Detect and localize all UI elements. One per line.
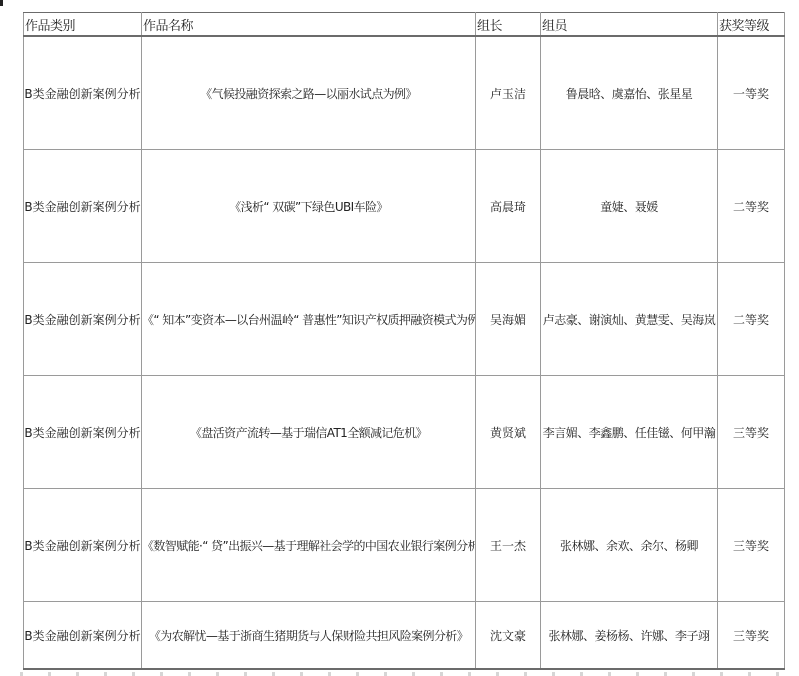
table-row: B类金融创新案例分析 《盘活资产流转—基于瑞信AT1全额减记危机》 黄贤斌 李言… — [24, 376, 785, 489]
cell-category: B类金融创新案例分析 — [24, 36, 142, 150]
cell-title: 《数智赋能·“ 贷”出振兴—基于理解社会学的中国农业银行案例分析》 — [142, 489, 476, 602]
cell-members: 张林娜、姜杨杨、许娜、李子翊 — [541, 602, 718, 670]
cell-award: 二等奖 — [718, 263, 785, 376]
cell-members: 张林娜、余欢、余尔、杨卿 — [541, 489, 718, 602]
cell-award: 二等奖 — [718, 150, 785, 263]
table-row: B类金融创新案例分析 《为农解忧—基于浙商生猪期货与人保财险共担风险案例分析》 … — [24, 602, 785, 670]
cell-category: B类金融创新案例分析 — [24, 376, 142, 489]
cell-members: 童婕、聂媛 — [541, 150, 718, 263]
awards-table: 作品类别 作品名称 组长 组员 获奖等级 B类金融创新案例分析 《气候投融资探索… — [23, 12, 785, 670]
cell-category: B类金融创新案例分析 — [24, 150, 142, 263]
cell-leader: 王一杰 — [476, 489, 541, 602]
cell-leader: 高晨琦 — [476, 150, 541, 263]
cell-title: 《“ 知本”变资本—以台州温岭“ 普惠性”知识产权质押融资模式为例》 — [142, 263, 476, 376]
cell-category: B类金融创新案例分析 — [24, 263, 142, 376]
cell-leader: 沈文豪 — [476, 602, 541, 670]
cell-leader: 卢玉洁 — [476, 36, 541, 150]
table-row: B类金融创新案例分析 《浅析“ 双碳”下绿色UBI车险》 高晨琦 童婕、聂媛 二… — [24, 150, 785, 263]
cell-leader: 吴海媚 — [476, 263, 541, 376]
cell-award: 三等奖 — [718, 376, 785, 489]
table-row: B类金融创新案例分析 《数智赋能·“ 贷”出振兴—基于理解社会学的中国农业银行案… — [24, 489, 785, 602]
cell-category: B类金融创新案例分析 — [24, 602, 142, 670]
next-page-text-fragment — [20, 672, 780, 676]
header-members: 组员 — [541, 13, 718, 37]
cell-title: 《气候投融资探索之路—以丽水试点为例》 — [142, 36, 476, 150]
header-title: 作品名称 — [142, 13, 476, 37]
page-corner-mark — [0, 0, 3, 6]
cell-award: 三等奖 — [718, 489, 785, 602]
cell-award: 三等奖 — [718, 602, 785, 670]
cell-title: 《为农解忧—基于浙商生猪期货与人保财险共担风险案例分析》 — [142, 602, 476, 670]
cell-members: 鲁晨晗、虞嘉怡、张星星 — [541, 36, 718, 150]
cell-members: 卢志豪、谢演灿、黄慧雯、吴海岚 — [541, 263, 718, 376]
cell-leader: 黄贤斌 — [476, 376, 541, 489]
cell-title: 《盘活资产流转—基于瑞信AT1全额减记危机》 — [142, 376, 476, 489]
table-row: B类金融创新案例分析 《“ 知本”变资本—以台州温岭“ 普惠性”知识产权质押融资… — [24, 263, 785, 376]
header-leader: 组长 — [476, 13, 541, 37]
cell-members: 李言媚、李鑫鹏、任佳镃、何甲瀚 — [541, 376, 718, 489]
cell-category: B类金融创新案例分析 — [24, 489, 142, 602]
table-row: B类金融创新案例分析 《气候投融资探索之路—以丽水试点为例》 卢玉洁 鲁晨晗、虞… — [24, 36, 785, 150]
cell-award: 一等奖 — [718, 36, 785, 150]
header-category: 作品类别 — [24, 13, 142, 37]
cell-title: 《浅析“ 双碳”下绿色UBI车险》 — [142, 150, 476, 263]
table-header-row: 作品类别 作品名称 组长 组员 获奖等级 — [24, 13, 785, 37]
header-award: 获奖等级 — [718, 13, 785, 37]
